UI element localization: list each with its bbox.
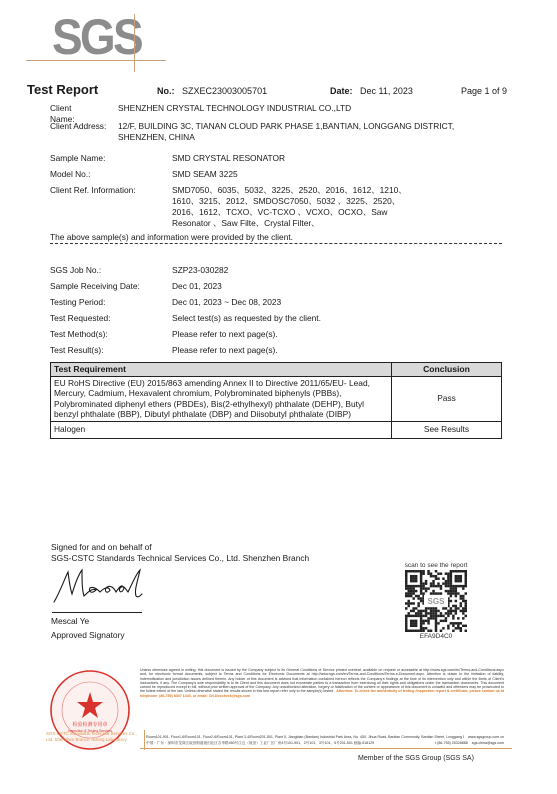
logo-text: SGS [52,8,141,66]
client-ref-label: Client Ref. Information: [50,185,136,196]
job-value: Dec 01, 2023 [172,281,222,292]
stamp-caption: SGS-CSTC Standards Technical Services Co… [46,731,138,743]
table-row: EU RoHS Directive (EU) 2015/863 amending… [51,376,502,421]
job-label: Test Method(s): [50,329,108,340]
sgs-logo: SGS [52,14,136,66]
job-label: Test Requested: [50,313,111,324]
sample-name-value: SMD CRYSTAL RESONATOR [172,153,285,164]
job-value: Dec 01, 2023 ~ Dec 08, 2023 [172,297,281,308]
page-indicator: Page 1 of 9 [461,86,507,96]
client-address-label: Client Address: [50,121,106,132]
sgs-member-note: Member of the SGS Group (SGS SA) [358,755,474,762]
job-value: Please refer to next page(s). [172,345,278,356]
sample-name-label: Sample Name: [50,153,105,164]
signatory-name: Mescal Ye [51,616,89,627]
section-divider [50,243,502,244]
client-ref-line: 2016、1612、TCXO、VC-TCXO 、VCXO、OCXO、Saw [172,207,387,218]
qr-code[interactable]: SGS [405,570,467,632]
job-value: Please refer to next page(s). [172,329,278,340]
job-row: SGS Job No.: SZP23-030282 [50,265,510,281]
report-number-label: No.: [157,86,175,96]
job-row: Test Result(s): Please refer to next pag… [50,345,510,361]
qr-caption: scan to see the report [403,562,469,569]
email-link[interactable]: sgs.china@sgs.com [472,740,504,746]
client-name-value: SHENZHEN CRYSTAL TECHNOLOGY INDUSTRIAL C… [118,103,351,114]
provided-note: The above sample(s) and information were… [50,232,293,243]
client-ref-line: 1610、3215、2012、SMDOSC7050、5032 、3225、252… [172,196,400,207]
model-value: SMD SEAM 3225 [172,169,238,180]
report-date: Date: Dec 11, 2023 [330,86,413,96]
phone-number: t (86-755) 25328888 [435,740,468,746]
job-row: Test Method(s): Please refer to next pag… [50,329,510,345]
report-number: No.: SZXEC23003005701 [157,86,267,96]
job-value: SZP23-030282 [172,265,228,276]
table-header-row: Test Requirement Conclusion [51,363,502,377]
model-label: Model No.: [50,169,91,180]
svg-text:SGS: SGS [428,597,446,606]
qr-code-id: EFA9D4C0 [403,633,469,640]
job-info: SGS Job No.: SZP23-030282 Sample Receivi… [50,265,510,361]
table-row: Halogen See Results [51,421,502,438]
report-date-value: Dec 11, 2023 [360,86,413,96]
requirement-cell: Halogen [51,421,392,438]
logo-rule-vertical [134,14,135,72]
report-date-label: Date: [330,86,353,96]
svg-text:检验检测专用章: 检验检测专用章 [72,721,107,728]
client-address-line2: SHENZHEN, CHINA [118,132,195,143]
signatory-title: Approved Signatory [51,630,125,641]
job-row: Test Requested: Select test(s) as reques… [50,313,510,329]
legal-disclaimer: Unless otherwise agreed in writing, this… [140,668,504,698]
logo-rule-horizontal [26,60,166,61]
client-ref-line: SMD7050、6035、5032、3225、2520、2016、1612、12… [172,185,407,196]
signing-company: SGS-CSTC Standards Technical Services Co… [51,553,309,564]
conclusion-cell: See Results [392,421,502,438]
report-header: Test Report No.: SZXEC23003005701 Date: … [27,84,527,100]
job-row: Testing Period: Dec 01, 2023 ~ Dec 08, 2… [50,297,510,313]
column-header: Conclusion [392,363,502,377]
footer-divider [140,748,512,749]
qr-verification: scan to see the report SGS EFA9D4C0 [403,562,469,640]
signature-block: Signed for and on behalf of SGS-CSTC Sta… [51,542,309,564]
job-label: SGS Job No.: [50,265,101,276]
signature-line [52,612,142,613]
job-label: Testing Period: [50,297,105,308]
report-title: Test Report [27,82,98,97]
signed-on-behalf: Signed for and on behalf of [51,542,309,553]
requirement-cell: EU RoHS Directive (EU) 2015/863 amending… [51,376,392,421]
job-label: Test Result(s): [50,345,104,356]
job-row: Sample Receiving Date: Dec 01, 2023 [50,281,510,297]
handwritten-signature [52,566,144,606]
conclusion-cell: Pass [392,376,502,421]
company-address: Room101-901, Floor1-6/Room101, Floor2-6/… [140,734,504,746]
report-number-value: SZXEC23003005701 [182,86,267,96]
job-label: Sample Receiving Date: [50,281,140,292]
address-cn: 中国・广东・深圳市龙岗区坂田街道坂田社区吉华路450号江边（坂田）工业厂区厂房4… [146,740,431,746]
client-address-line1: 12/F, BUILDING 3C, TIANAN CLOUD PARK PHA… [118,121,454,132]
job-value: Select test(s) as requested by the clien… [172,313,321,324]
client-ref-line: Resonator 、Saw Filte、Crystal Filter、 [172,218,320,229]
test-requirement-table: Test Requirement Conclusion EU RoHS Dire… [50,362,502,439]
column-header: Test Requirement [51,363,392,377]
